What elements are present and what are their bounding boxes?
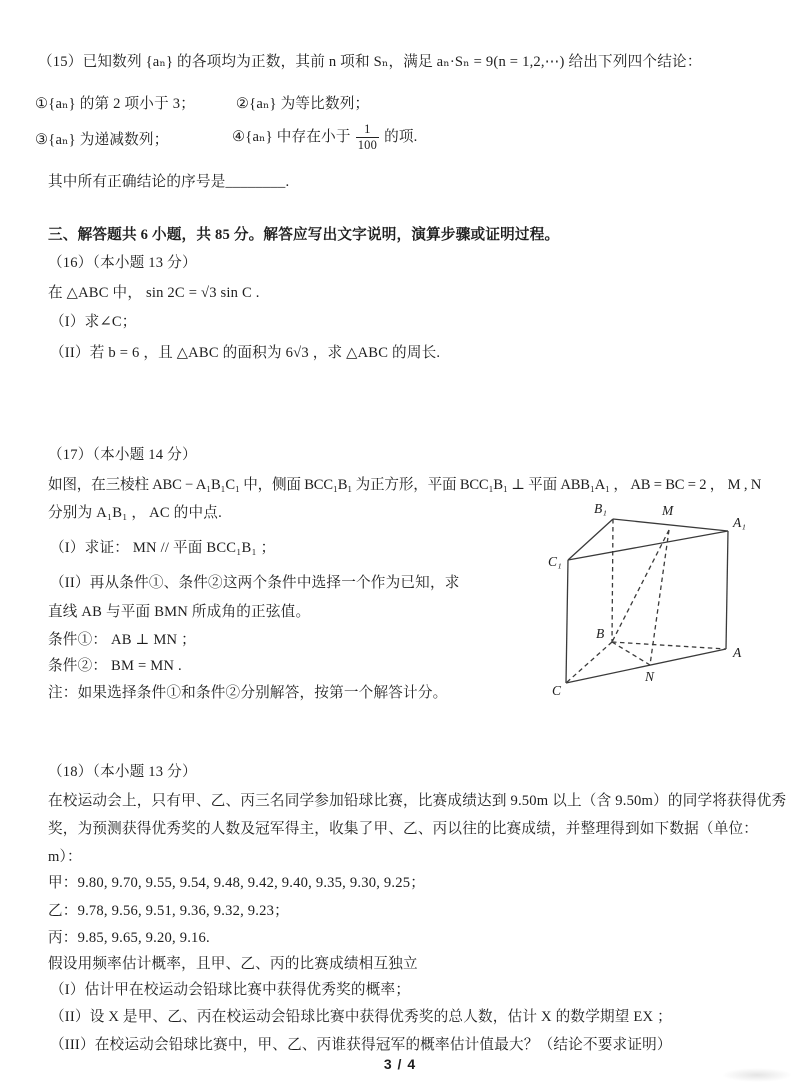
vertex-label-M: M (661, 503, 674, 518)
problem-18-intro-2: 奖，为预测获得优秀奖的人数及冠军得主，收集了甲、乙、丙以往的比赛成绩，并整理得到… (48, 819, 758, 839)
scan-smudge (722, 1068, 792, 1082)
problem-18-intro-1: 在校运动会上，只有甲、乙、丙三名同学参加铅球比赛，比赛成绩达到 9.50m 以上… (48, 791, 786, 811)
vertex-label-C: C (552, 683, 562, 698)
problem-18-assumption: 假设用频率估计概率，且甲、乙、丙的比赛成绩相互独立 (48, 954, 418, 974)
problem-18-title: （18）（本小题 13 分） (48, 762, 197, 782)
vertex-label-N: N (644, 669, 655, 684)
edge-B-N (612, 642, 650, 665)
fraction-numerator: 1 (364, 122, 370, 136)
edge-C1-C (566, 560, 568, 683)
vertex-label-A: A (732, 645, 742, 660)
vertex-label-B: B (596, 626, 604, 641)
problem-17-part-2a: （II）再从条件①、条件②这两个条件中选择一个作为已知，求 (50, 573, 460, 593)
problem-18-scores-jia: 甲：9.80, 9.70, 9.55, 9.54, 9.48, 9.42, 9.… (48, 873, 425, 893)
problem-17-condition-2: 条件②： BM = MN . (48, 656, 182, 676)
problem-18-intro-3: m）： (48, 847, 82, 867)
edge-B-C (566, 642, 612, 683)
problem-15-statement: （15）已知数列 {aₙ} 的各项均为正数，其前 n 项和 Sₙ，满足 aₙ·S… (38, 52, 702, 72)
vertex-label-C1: C₁ (548, 554, 562, 569)
problem-18-part-3: （III）在校运动会铅球比赛中，甲、乙、丙谁获得冠军的概率估计值最大？（结论不要… (50, 1035, 672, 1055)
problem-15-options-row-1: ①{aₙ} 的第 2 项小于 3； ②{aₙ} 为等比数列； (35, 94, 369, 114)
problem-18-scores-bing: 丙：9.85, 9.65, 9.20, 9.16. (48, 928, 210, 948)
edge-B1-C1 (568, 519, 613, 560)
problem-15-option-3: ③{aₙ} 为递减数列； (35, 130, 169, 150)
section-3-header: 三、解答题共 6 小题，共 85 分。解答应写出文字说明，演算步骤或证明过程。 (48, 225, 559, 245)
exam-page: （15）已知数列 {aₙ} 的各项均为正数，其前 n 项和 Sₙ，满足 aₙ·S… (0, 0, 800, 1084)
problem-16-title: （16）（本小题 13 分） (48, 253, 197, 273)
page-number: 3 / 4 (0, 1056, 800, 1072)
problem-15-option-4: ④{aₙ} 中存在小于 1 100 的项. (232, 112, 418, 162)
edge-B1-A1 (613, 519, 728, 531)
edge-B-A (612, 642, 726, 649)
problem-17-title: （17）（本小题 14 分） (48, 445, 197, 465)
problem-17-note: 注：如果选择条件①和条件②分别解答，按第一个解答计分。 (48, 683, 447, 703)
vertex-label-B1: B₁ (594, 501, 607, 516)
option-4-text-pre: ④{aₙ} 中存在小于 (232, 127, 351, 147)
problem-17-part-2b: 直线 AB 与平面 BMN 所成角的正弦值。 (48, 602, 310, 622)
problem-17-condition-1: 条件①： AB ⊥ MN ； (48, 630, 196, 650)
edge-B1-B (612, 519, 613, 642)
prism-figure: B₁ M A₁ C₁ B A N C (546, 497, 776, 711)
problem-18-part-1: （I）估计甲在校运动会铅球比赛中获得优秀奖的概率； (50, 980, 410, 1000)
problem-16-part-1: （I）求∠C； (50, 312, 137, 332)
fraction-1-100: 1 100 (356, 122, 379, 152)
problem-16-given: 在 △ABC 中， sin 2C = √3 sin C . (48, 283, 260, 303)
fraction-denominator: 100 (356, 137, 379, 152)
problem-16-part-2: （II）若 b = 6 ，且 △ABC 的面积为 6√3 ，求 △ABC 的周长… (50, 343, 440, 363)
problem-18-part-2: （II）设 X 是甲、乙、丙在校运动会铅球比赛中获得优秀奖的总人数，估计 X 的… (50, 1007, 672, 1027)
problem-17-given-1: 如图，在三棱柱 ABC − A₁B₁C₁ 中，侧面 BCC₁B₁ 为正方形，平面… (48, 475, 761, 495)
problem-17-given-2: 分别为 A₁B₁ ， AC 的中点. (48, 503, 222, 523)
option-4-text-post: 的项. (384, 127, 417, 147)
edge-C1-A1 (568, 531, 728, 560)
problem-17-part-1: （I）求证： MN // 平面 BCC₁B₁ ； (50, 538, 275, 558)
problem-15-answer-blank: 其中所有正确结论的序号是________. (48, 172, 289, 192)
problem-15-option-1: ①{aₙ} 的第 2 项小于 3； (35, 94, 232, 114)
prism-figure-svg: B₁ M A₁ C₁ B A N C (546, 497, 776, 711)
problem-18-scores-yi: 乙：9.78, 9.56, 9.51, 9.36, 9.32, 9.23； (48, 901, 289, 921)
problem-15-option-2: ②{aₙ} 为等比数列； (236, 96, 370, 112)
vertex-label-A1: A₁ (732, 515, 746, 530)
edge-A1-A (726, 531, 728, 649)
